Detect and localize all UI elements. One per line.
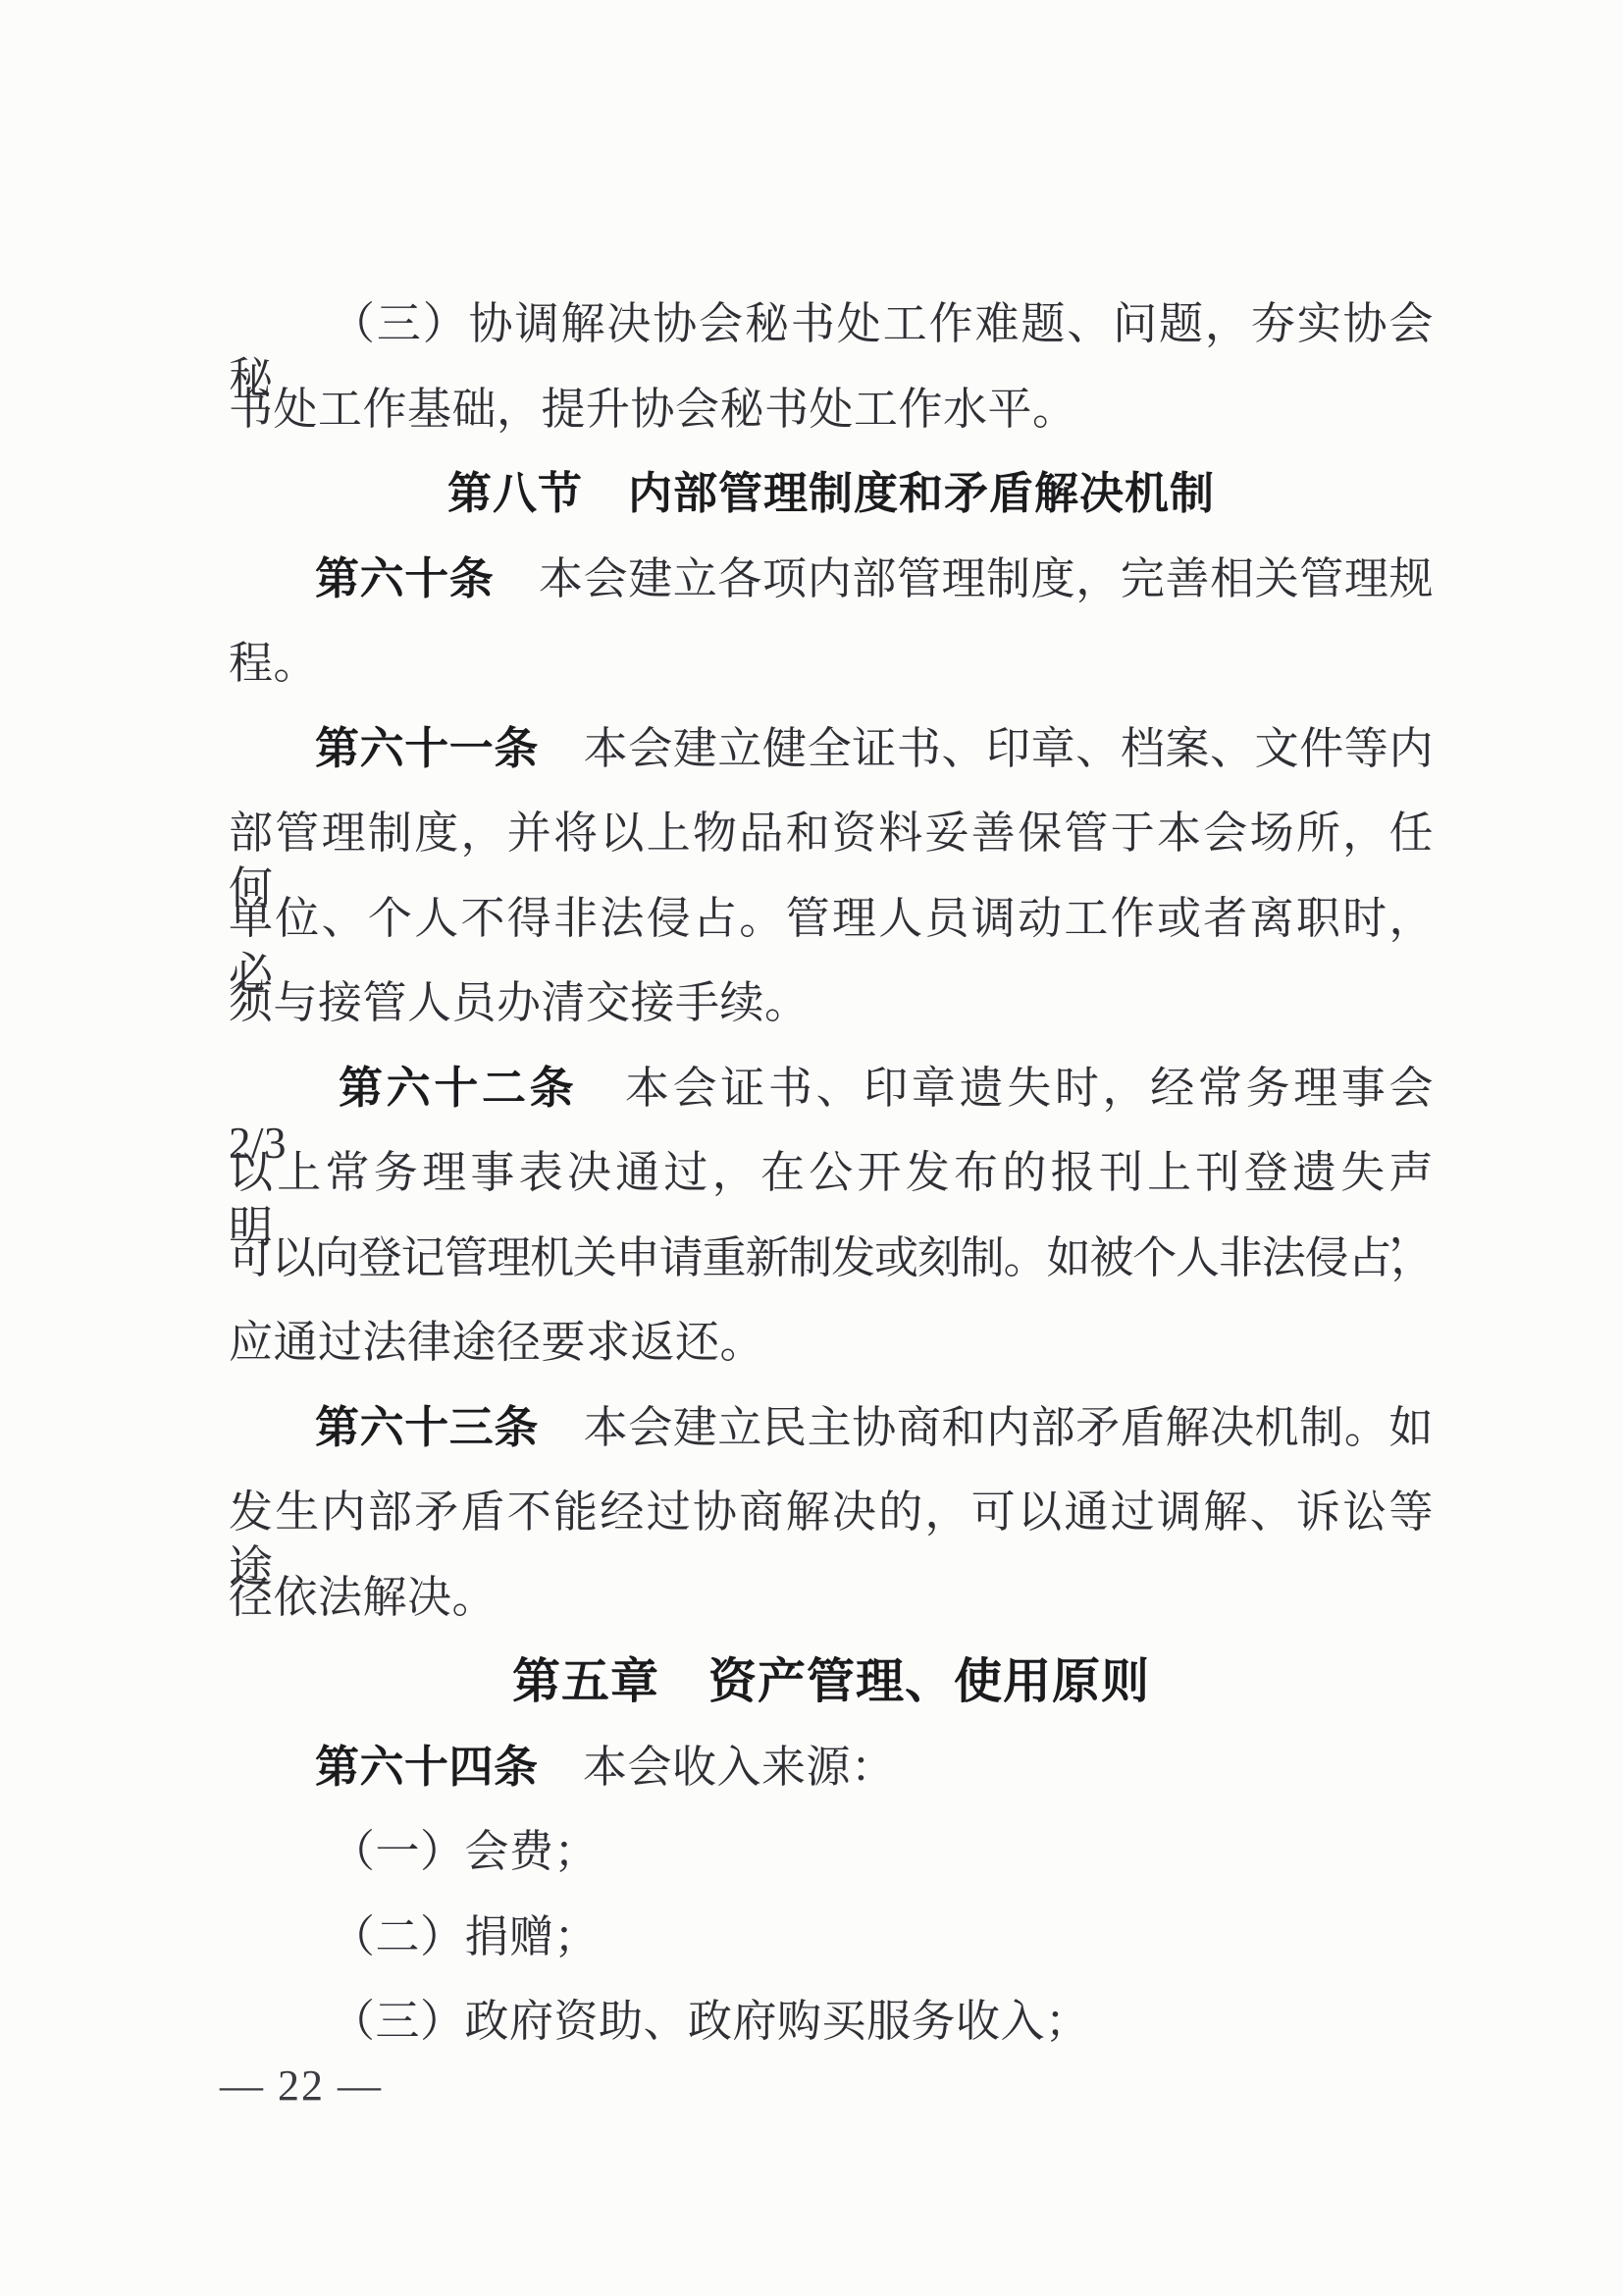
list-item-line: （一）会费； [229,1824,1434,1879]
line-text: 应通过法律途径要求返还。 [229,1318,764,1367]
article-number: 第六十二条 [339,1064,577,1113]
line-text: 书处工作基础，提升协会秘书处工作水平。 [229,385,1077,434]
article-paragraph-line: 第六十条 本会建立各项内部管理制度，完善相关管理规 [229,551,1434,606]
section-heading: 第八节 内部管理制度和矛盾解决机制 [229,466,1434,521]
article-number: 第六十三条 [315,1403,539,1452]
body-text-line: 书处工作基础，提升协会秘书处工作水平。 [229,382,1434,437]
body-text-line: 应通过法律途径要求返还。 [229,1315,1434,1370]
chapter-heading: 第五章 资产管理、使用原则 [229,1654,1434,1709]
heading-text: 第五章 资产管理、使用原则 [512,1654,1150,1708]
line-text: （一）会费； [331,1827,599,1876]
line-text: 本会收入来源： [539,1743,896,1792]
page-number: — 22 — [220,2061,383,2111]
article-paragraph-line: 第六十四条 本会收入来源： [229,1740,1434,1795]
heading-text: 第八节 内部管理制度和矛盾解决机制 [447,469,1215,518]
body-text-line: 须与接管人员办清交接手续。 [229,975,1434,1030]
article-number: 第六十条 [315,554,494,603]
line-text: 程。 [229,639,318,688]
line-text: 本会建立民主协商和内部矛盾解决机制。如 [539,1403,1434,1452]
body-text-line: 可以向登记管理机关申请重新制发或刻制。如被个人非法侵占， [229,1230,1434,1285]
list-item-line: （二）捐赠； [229,1909,1434,1964]
line-text: （三）政府资助、政府购买服务收入； [331,1997,1090,2046]
line-text: （二）捐赠； [331,1912,599,1961]
line-text: 可以向登记管理机关申请重新制发或刻制。如被个人非法侵占， [229,1233,1434,1282]
list-item-line: （三）政府资助、政府购买服务收入； [229,1994,1434,2049]
article-number: 第六十一条 [315,724,539,773]
line-text: 本会建立各项内部管理制度，完善相关管理规 [494,554,1434,603]
article-paragraph-line: 第六十一条 本会建立健全证书、印章、档案、文件等内 [229,721,1434,776]
line-text: 径依法解决。 [229,1573,497,1622]
body-text-line: 径依法解决。 [229,1570,1434,1625]
article-paragraph-line: 第六十三条 本会建立民主协商和内部矛盾解决机制。如 [229,1400,1434,1455]
document-page: （三）协调解决协会秘书处工作难题、问题，夯实协会秘书处工作基础，提升协会秘书处工… [0,0,1623,2296]
article-number: 第六十四条 [315,1743,539,1792]
line-text: 本会建立健全证书、印章、档案、文件等内 [539,724,1434,773]
body-text-line: 程。 [229,636,1434,691]
line-text: 须与接管人员办清交接手续。 [229,978,810,1027]
